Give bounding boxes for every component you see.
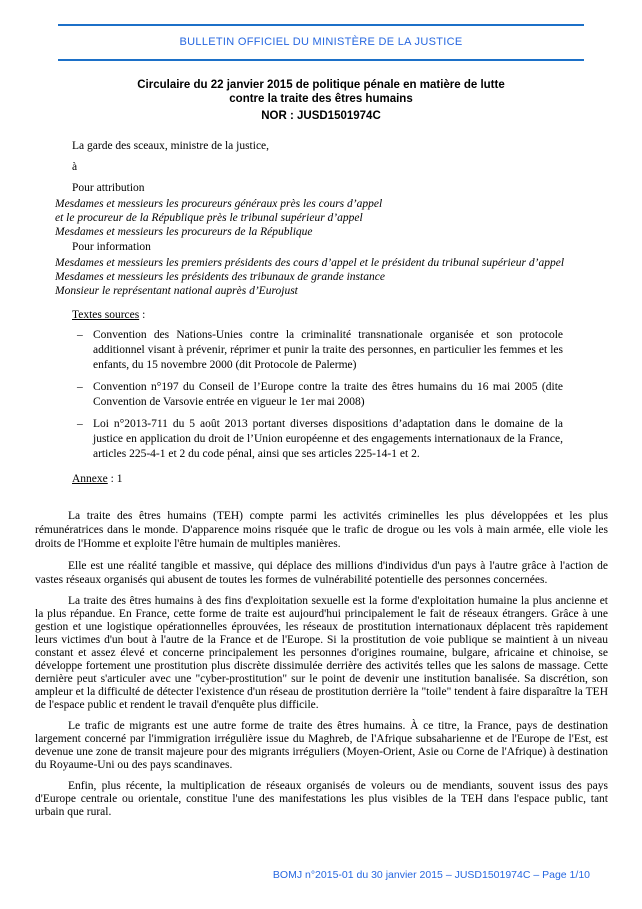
- information-label: Pour information: [72, 240, 608, 255]
- annexe-label: Annexe: [72, 473, 108, 485]
- paragraph: La traite des êtres humains (TEH) compte…: [35, 509, 608, 551]
- paragraph: La traite des êtres humains à des fins d…: [35, 595, 608, 712]
- dash-bullet-icon: –: [77, 328, 93, 373]
- paragraph: Enfin, plus récente, la multiplication d…: [35, 780, 608, 819]
- attribution-recipient-line: Mesdames et messieurs les procureurs gén…: [55, 197, 608, 211]
- nor-reference: NOR : JUSD1501974C: [0, 109, 642, 123]
- address-opening: La garde des sceaux, ministre de la just…: [72, 139, 608, 154]
- attribution-recipient-line: et le procureur de la République près le…: [55, 211, 608, 225]
- masthead-rule-top: [58, 24, 584, 26]
- masthead-title: BULLETIN OFFICIEL DU MINISTÈRE DE LA JUS…: [0, 35, 642, 49]
- main-paragraphs: La traite des êtres humains (TEH) compte…: [35, 509, 608, 819]
- sources-heading: Textes sources :: [72, 308, 608, 323]
- sources-heading-suffix: :: [139, 309, 145, 321]
- document-page: BULLETIN OFFICIEL DU MINISTÈRE DE LA JUS…: [0, 0, 642, 909]
- page-footer: BOMJ n°2015-01 du 30 janvier 2015 – JUSD…: [273, 869, 590, 881]
- information-recipient-line: Mesdames et messieurs les présidents des…: [55, 270, 608, 284]
- source-item: – Loi n°2013-711 du 5 août 2013 portant …: [77, 417, 563, 462]
- address-to: à: [72, 160, 608, 175]
- circular-title-line-1: Circulaire du 22 janvier 2015 de politiq…: [0, 78, 642, 92]
- source-item-text: Convention n°197 du Conseil de l’Europe …: [93, 380, 563, 410]
- attribution-recipient-line: Mesdames et messieurs les procureurs de …: [55, 225, 608, 239]
- circular-title: Circulaire du 22 janvier 2015 de politiq…: [0, 78, 642, 123]
- source-item-text: Loi n°2013-711 du 5 août 2013 portant di…: [93, 417, 563, 462]
- annexe-line: Annexe : 1: [72, 472, 608, 487]
- circular-title-line-2: contre la traite des êtres humains: [0, 92, 642, 106]
- annexe-value: : 1: [108, 473, 123, 485]
- information-recipient-line: Mesdames et messieurs les premiers prési…: [55, 256, 608, 270]
- sources-heading-label: Textes sources: [72, 309, 139, 321]
- information-recipient-line: Monsieur le représentant national auprès…: [55, 284, 608, 298]
- information-recipients: Mesdames et messieurs les premiers prési…: [55, 256, 608, 298]
- paragraph: Elle est une réalité tangible et massive…: [35, 559, 608, 587]
- paragraph: Le trafic de migrants est une autre form…: [35, 720, 608, 772]
- dash-bullet-icon: –: [77, 417, 93, 462]
- sources-list: – Convention des Nations-Unies contre la…: [35, 328, 608, 462]
- source-item: – Convention n°197 du Conseil de l’Europ…: [77, 380, 563, 410]
- dash-bullet-icon: –: [77, 380, 93, 410]
- masthead-rule-bottom: [58, 59, 584, 61]
- source-item-text: Convention des Nations-Unies contre la c…: [93, 328, 563, 373]
- source-item: – Convention des Nations-Unies contre la…: [77, 328, 563, 373]
- attribution-label: Pour attribution: [72, 181, 608, 196]
- document-body: La garde des sceaux, ministre de la just…: [0, 139, 642, 819]
- attribution-recipients: Mesdames et messieurs les procureurs gén…: [55, 197, 608, 239]
